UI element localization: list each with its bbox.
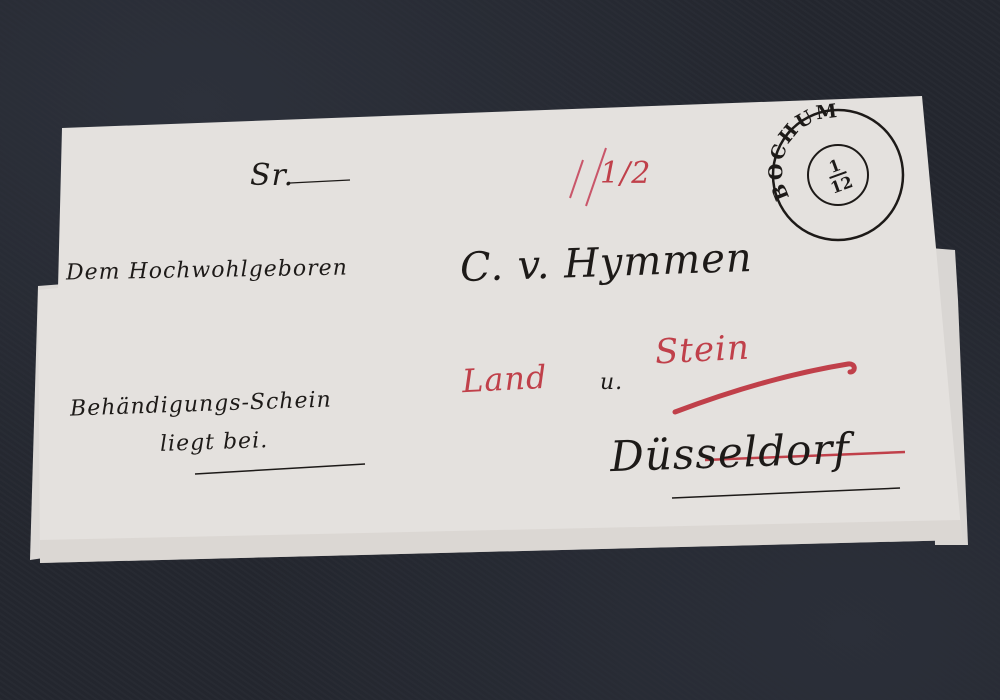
letter-paper [38,96,962,563]
salutation: Sr. [250,158,294,193]
letter-scene: BOCHUM 1 12 [0,0,1000,700]
address-red-word-2: Stein [654,328,751,373]
annotation-line-2: liegt bei. [160,428,269,457]
rate-text: 1/2 [600,156,651,191]
address-connector: u. [600,370,623,395]
address-red-word-1: Land [461,358,548,400]
destination-city: Düsseldorf [609,424,850,481]
address-prefix: Dem Hochwohlgeboren [66,256,348,286]
